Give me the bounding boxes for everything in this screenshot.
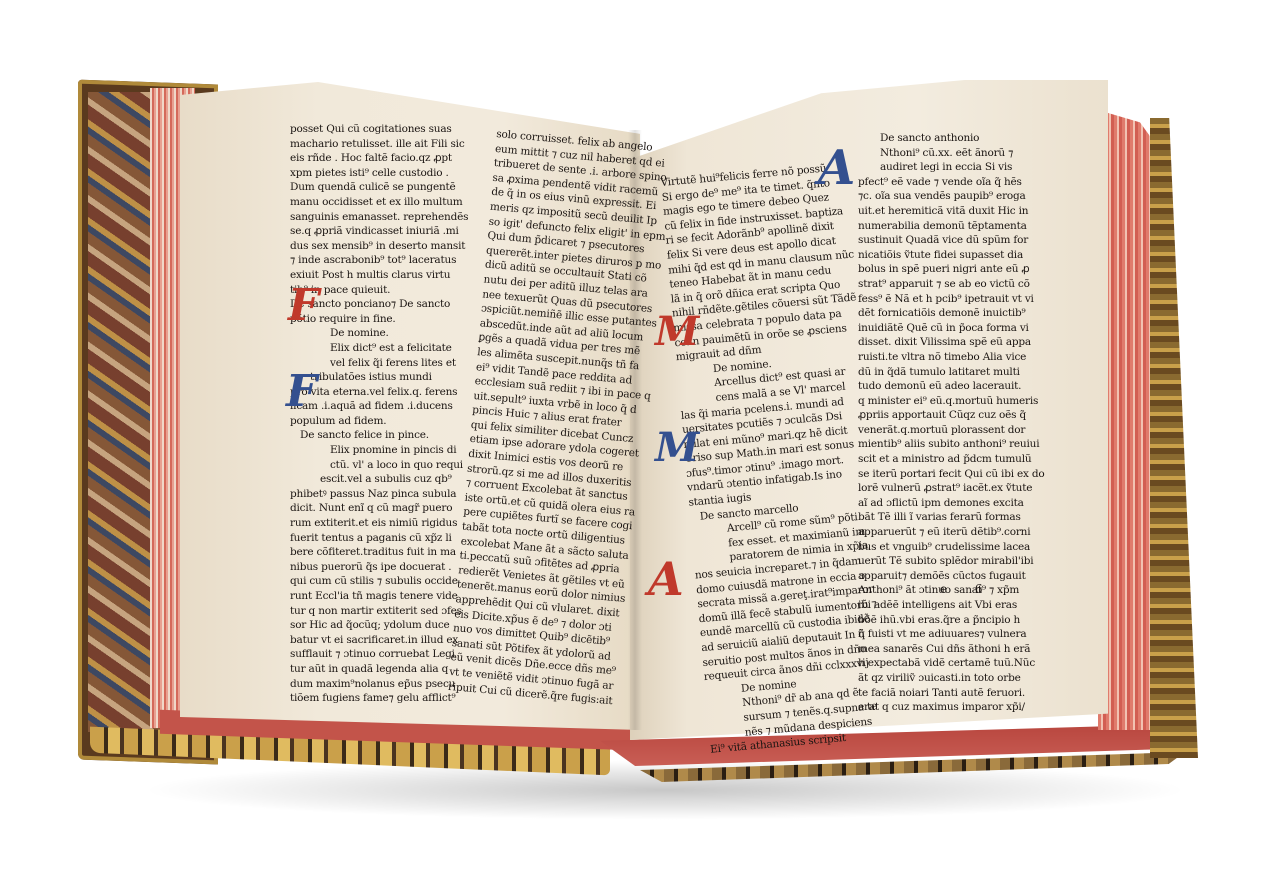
text-line: mientib⁹ aliis subito anthoni⁹ reuiui	[858, 437, 1045, 452]
text-line: bere cõfiteret.traditus fuit in ma	[290, 545, 468, 560]
section-heading: De sancto anthonio	[858, 131, 1045, 146]
text-line: tur q non martir extiterit sed ɔfes	[290, 604, 468, 619]
text-line: audiret legi in eccia Si vis	[858, 160, 1045, 175]
text-line: lorẽ vulnerũ ꝓstrat⁹ iacẽt.ex ṽtute	[858, 481, 1045, 496]
text-line: Elix pnomine in pincis di	[290, 443, 468, 458]
text-line: ⁊c. oĩa sua vendẽs paupib⁹ eroga	[858, 189, 1045, 204]
text-line: Dum quendã culicẽ se pungentẽ	[290, 180, 468, 195]
text-line: nibus puerorũ q̃s ipe docuerat .	[290, 560, 468, 575]
text-line: uerũt Tẽ subito splẽdor mirabil'ibi	[858, 554, 1045, 569]
text-line: te faciã noiari Tanti autẽ feruori.	[858, 686, 1045, 701]
section-heading: De sancto felice in pince.	[290, 428, 468, 443]
red-initial-M: M	[655, 308, 699, 355]
text-line: ꝓpriis apportauit Cũqz cuz oẽs q̃	[858, 408, 1045, 423]
text-line: q minister ei⁹ eũ.q.mortuũ humeris	[858, 394, 1045, 409]
text-line: tiõem fugiens fame⁊ gelu afflict⁹	[290, 691, 468, 706]
text-line: uit.et heremiticã vitã duxit Hic in	[858, 204, 1045, 219]
text-line: disset. dixit Vilissima spẽ eũ appa	[858, 335, 1045, 350]
text-line: Nthoni⁹ cũ.xx. eẽt ãnorũ ⁊	[858, 146, 1045, 161]
text-line: ⁊ inde ascrabonib⁹ tot⁹ laceratus	[290, 253, 468, 268]
text-line: dũ in q̃dã tumulo latitaret multi	[858, 365, 1045, 380]
text-line: fuerit tentus a paganis cũ xp̃z li	[290, 531, 468, 546]
text-line: qui cum cũ stilis ⁊ subulis occide	[290, 574, 468, 589]
text-line: ruisti.te vltra nõ timebo Alia vice	[858, 350, 1045, 365]
blue-initial-M: M	[655, 424, 699, 471]
text-line: scit et a ministro ad p̃dcm tumulũ	[858, 452, 1045, 467]
text-line: apparuerũt ⁊ eũ iterũ dẽtib⁹.corni	[858, 525, 1045, 540]
text-line: eis rñde . Hoc faltẽ facio.qz ꝓpt	[290, 151, 468, 166]
text-line: se.q ꝓpriã vindicasset iniuriã .mi	[290, 224, 468, 239]
text-line: sanguinis emanasset. reprehendẽs	[290, 210, 468, 225]
blue-initial-A: A	[818, 140, 855, 196]
text-line: dẽt fornicatiõis demonẽ inuictib⁹	[858, 306, 1045, 321]
text-line: ãt qz viriliṽ ɔuicasti.in toto orbe	[858, 671, 1045, 686]
right-cover-gilt-binding	[1150, 118, 1198, 758]
photo-scene: posset Qui cũ cogitationes suas machario…	[0, 0, 1280, 870]
text-line: dicit. Nunt enĩ q cũ magr̃ puero	[290, 501, 468, 516]
text-line: escit.vel a subulis cuz qb⁹	[290, 472, 468, 487]
text-line: bõẽ ihũ.vbi eras.q̃re a p̃ncipio h	[858, 613, 1045, 628]
text-line: rum extiterit.et eis nimiũ rigidus	[290, 516, 468, 531]
text-line: phibetꝰ passus Naz pinca subula	[290, 487, 468, 502]
red-initial-F: F	[288, 280, 319, 331]
text-column-4: De sancto anthonio Nthoni⁹ cũ.xx. eẽt ãn…	[858, 131, 1045, 715]
text-line: pfect⁹ eẽ vade ⁊ vende oĩa q̃ hẽs	[858, 175, 1045, 190]
text-line: dus sex mensib⁹ in deserto mansit	[290, 239, 468, 254]
text-line: dum maxim⁹nolanus ep̃us psecu	[290, 677, 468, 692]
text-line: mea sanarẽs Cui dñs ãthoni h erã	[858, 642, 1045, 657]
text-line: machario retulisset. ille ait Fili sic	[290, 137, 468, 152]
red-initial-A: A	[648, 552, 684, 606]
text-line: se iterũ portari fecit Qui cũ ibi ex do	[858, 467, 1045, 482]
text-line: bãt Tẽ illi ĩ varias ferarũ formas	[858, 510, 1045, 525]
text-line: tur aũt in quadã legenda alia q	[290, 662, 468, 677]
text-line: sufflauit ⁊ ɔtinuo corruebat Legi	[290, 647, 468, 662]
text-line: sor Hic ad q̃ocũq; ydolum duce	[290, 618, 468, 633]
text-line: strat⁹ apparuit ⁊ se ab eo victũ cõ	[858, 277, 1045, 292]
text-line: erat q cuz maximus imparor xp̃i/	[858, 700, 1045, 715]
text-line: runt Eccl'ia tñ magis tenere vide	[290, 589, 468, 604]
text-line: posset Qui cũ cogitationes suas	[290, 122, 468, 137]
text-line: batur vt ei sacrificaret.in illud ex	[290, 633, 468, 648]
text-line: Elix dict⁹ est a felicitate	[290, 341, 468, 356]
text-line: ñ fuisti vt me adiuuares⁊ vulnera	[858, 627, 1045, 642]
text-line: venerãt.q.mortuũ plorassent dor	[858, 423, 1045, 438]
text-line: xpm pietes isti⁹ celle custodio .	[290, 166, 468, 181]
text-line: manu occidisset et ex illo multum	[290, 195, 468, 210]
text-line: ibi adẽẽ intelligens ait Vbi eras	[858, 598, 1045, 613]
text-line: inuidiãtẽ Quẽ cũ in p̃oca forma vi	[858, 321, 1045, 336]
blue-initial-F: F	[286, 366, 317, 417]
text-line: h expectabã vidẽ certamẽ tuũ.Nũc	[858, 656, 1045, 671]
text-line: bolus in spẽ pueri nigri ante eũ ꝓ	[858, 262, 1045, 277]
book-shadow	[140, 760, 1190, 820]
text-line: ctũ. vl' a loco in quo requi	[290, 458, 468, 473]
text-line: bus et vnguib⁹ crudelissime lacea	[858, 540, 1045, 555]
text-line: tudo demonũ eũ adeo lacerauit.	[858, 379, 1045, 394]
text-line: numerabilia demonũ tẽptamenta	[858, 219, 1045, 234]
text-line: sustinuit Quadã vice dũ spũm for	[858, 233, 1045, 248]
signature-mark: e 6	[940, 582, 983, 596]
text-line: nicatiõis ṽtute fidei supasset dia	[858, 248, 1045, 263]
text-line: fess⁹ ẽ Nã et h pcib⁹ ipetrauit vt vi	[858, 292, 1045, 307]
text-line: aĩ ad ɔflictũ ipm demones excita	[858, 496, 1045, 511]
